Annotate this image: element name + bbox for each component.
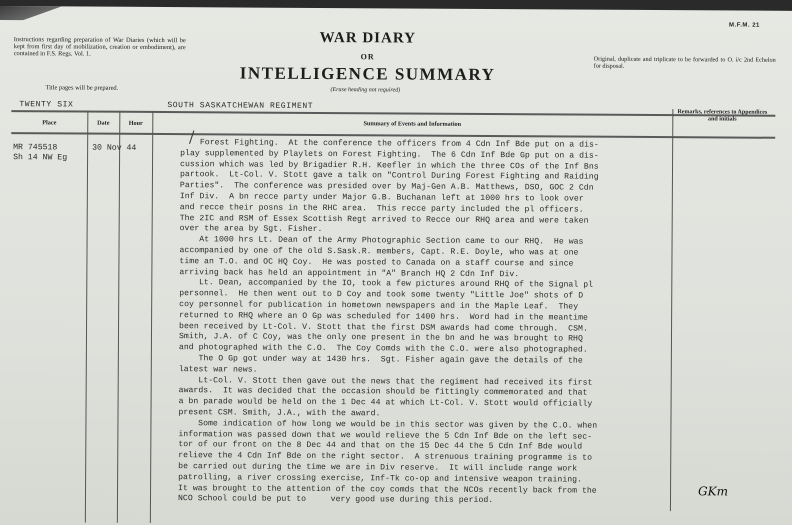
summary-line: NCO School could be put to very good use… — [178, 494, 673, 508]
entry-place: MR 745518 Sh 14 NW Eg — [13, 143, 67, 163]
table-header-rule — [11, 132, 775, 138]
war-diary-page: Instructions regarding preparation of Wa… — [0, 6, 792, 525]
column-divider-date — [117, 111, 121, 523]
initials-signature: GKm — [698, 484, 728, 498]
title-or: OR — [0, 50, 768, 64]
entry-summary: Forest Fighting. At the conference the o… — [178, 138, 675, 508]
column-header-summary: Summary of Events and Information — [152, 119, 672, 129]
title-intelligence-summary: INTELLIGENCE SUMMARY — [0, 62, 768, 87]
column-divider-place — [85, 111, 89, 523]
unit-name: SOUTH SASKATCHEWAN REGIMENT — [167, 101, 313, 111]
column-header-remarks: Remarks, references to Appendices and in… — [672, 109, 772, 123]
column-header-place: Place — [11, 119, 87, 126]
entry-date: 30 Nov 44 — [92, 144, 136, 154]
column-header-date: Date — [87, 120, 119, 127]
page-corner-shadow — [0, 6, 66, 20]
form-number: M.F.M. 21 — [729, 22, 760, 28]
table-top-rule — [11, 110, 775, 116]
unit-number: TWENTY SIX — [19, 100, 73, 109]
title-page-note: Title pages will be prepared. — [45, 84, 118, 91]
erase-heading-note: (Erase heading not required) — [330, 87, 400, 93]
column-header-hour: Hour — [119, 120, 152, 127]
column-divider-hour — [150, 111, 154, 523]
